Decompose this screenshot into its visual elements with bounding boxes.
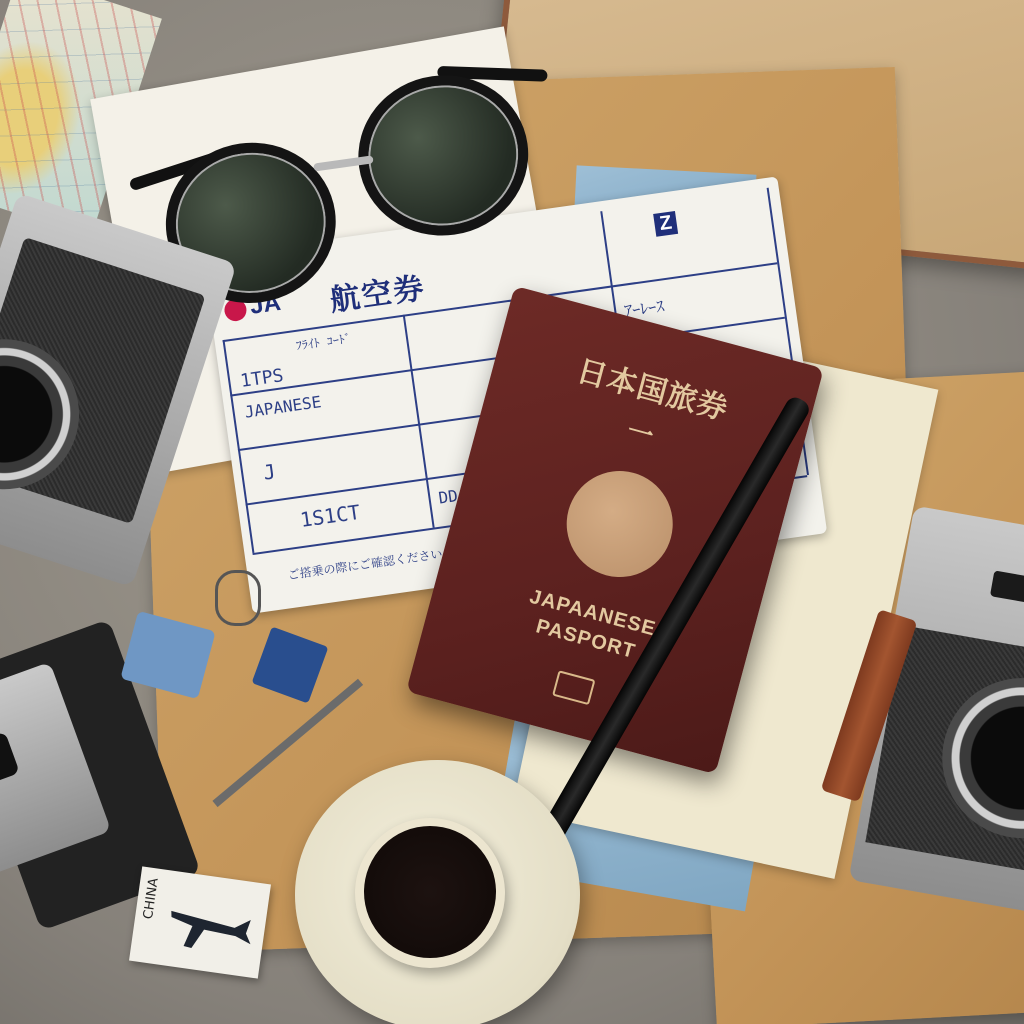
ticket-class-badge: Z bbox=[653, 211, 678, 237]
sunglasses-lens-right bbox=[348, 64, 539, 246]
travel-flatlay-scene: JA 航空券 Z ﾌﾗｲﾄ ｺｰﾄﾞ JAPANESE 1TPS ｱｰﾚｰｽ S… bbox=[0, 0, 1024, 1024]
ticket-field: J bbox=[262, 459, 277, 484]
camera-viewfinder bbox=[990, 570, 1024, 603]
ticket-field: JAPANESE bbox=[243, 392, 322, 422]
stamp-text: CHINA bbox=[141, 877, 162, 920]
coffee bbox=[364, 826, 496, 958]
biometric-chip-icon bbox=[552, 670, 595, 705]
airplane-icon bbox=[161, 888, 258, 960]
sun-circle-icon bbox=[555, 459, 685, 589]
ticket-field: ﾌﾗｲﾄ ｺｰﾄﾞ bbox=[295, 329, 352, 354]
postage-stamp: CHINA bbox=[129, 866, 271, 978]
ticket-field: 1S1CT bbox=[299, 500, 362, 532]
ticket-footer: ご搭乗の際にご確認ください。 bbox=[287, 543, 456, 583]
paper-clip bbox=[215, 570, 261, 626]
